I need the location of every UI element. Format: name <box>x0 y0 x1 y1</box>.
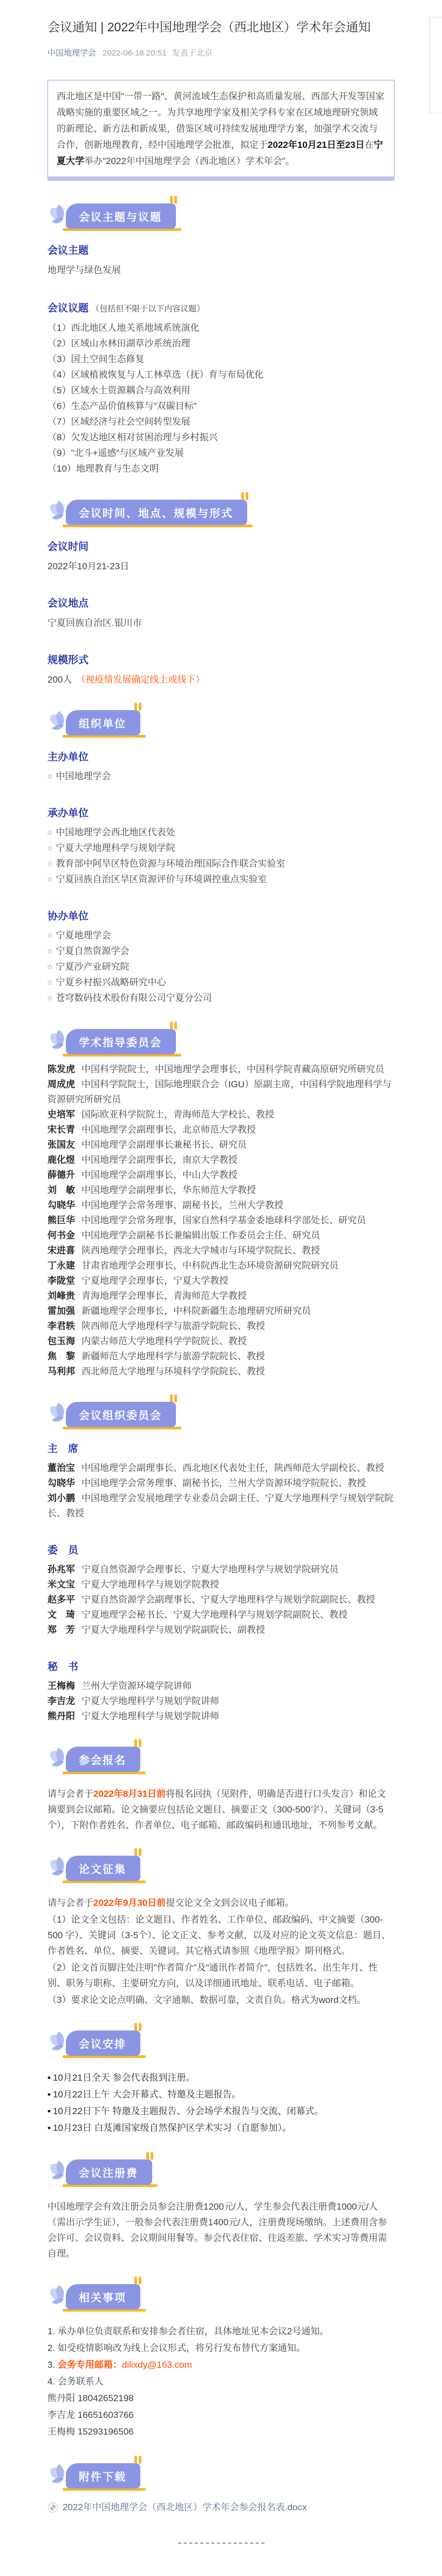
host-item: 中国地理学会 <box>47 769 395 784</box>
section-badge-label: 附件下载 <box>66 2463 140 2489</box>
advisory-member: 宋进喜陕西地理学会理事长，西北大学城市与环境学院院长、教授 <box>47 1243 395 1258</box>
issue-item: （8）欠发达地区相对贫困治理与乡村振兴 <box>47 430 395 445</box>
issues-list: （1）西北地区人地关系地域系统演化 （2）区域山水林田湖草沙系统治理 （3）国土… <box>47 321 395 476</box>
advisory-member: 李陇堂宁夏地理学会理事长，宁夏大学教授 <box>47 1273 395 1289</box>
papers-item: （3）要求论文论点明确、文字通顺、数据可靠，文责自负。格式为word文档。 <box>47 1992 395 2008</box>
schedule-item: 10月23日 白芨滩国家级自然保护区学术实习（自愿参加）。 <box>47 2120 395 2136</box>
co-organizer-list: 宁夏地理学会 宁夏自然资源学会 宁夏沙产业研究院 宁夏乡村振兴战略研究中心 苍穹… <box>47 928 395 1006</box>
section-badge-label: 论文征集 <box>66 1856 140 1881</box>
scale-value: 200人（视疫情发展确定线上或线下） <box>47 672 395 687</box>
email-label: 会务专用邮箱： <box>58 2360 122 2370</box>
publish-time: 2022-06-18 20:51 <box>103 49 166 58</box>
quote-icon <box>168 1021 177 1030</box>
section-badge-label: 参会报名 <box>66 1747 140 1772</box>
article-page: 会议通知 | 2022年中国地理学会（西北地区）学术年会通知 中国地理学会202… <box>0 0 442 2576</box>
organizer-item: 教育部中阿旱区特色资源与环境治理国际合作联合实验室 <box>47 856 395 871</box>
section-badge-fee: 会议注册费 <box>66 2159 152 2185</box>
co-organizer-item: 宁夏地理学会 <box>47 928 395 943</box>
section-badge-papers: 论文征集 <box>66 1856 140 1881</box>
account-name[interactable]: 中国地理学会 <box>47 49 96 58</box>
committee-member: 赵多平宁夏自然资源学会副理事长、宁夏大学地理科学与规划学院副院长、教授 <box>47 1592 395 1607</box>
schedule-item: 10月22日上午 大会开幕式、特邀及主题报告。 <box>47 2087 395 2102</box>
co-organizer-item: 宁夏沙产业研究院 <box>47 959 395 974</box>
issue-item: （2）区域山水林田湖草沙系统治理 <box>47 336 395 351</box>
related-item-4: 4. 会务联系人 <box>47 2374 395 2389</box>
attachment-row[interactable]: 2022年中国地理学会（西北地区）学术年会参会报名表.docx <box>47 2500 395 2514</box>
quote-icon <box>133 1739 141 1747</box>
heading-topic: 会议主题 <box>47 244 395 258</box>
co-organizer-item: 宁夏自然资源学会 <box>47 944 395 959</box>
section-badge-related: 相关事项 <box>66 2284 140 2309</box>
section-badge-logistics: 会议时间、地点、规模与形式 <box>66 500 247 525</box>
committee-member: 文 琦宁夏地理学会秘书长、宁夏大学地理科学与规划学院副院长、教授 <box>47 1607 395 1623</box>
quote-icon <box>240 492 248 500</box>
section-badge-label: 相关事项 <box>66 2284 140 2309</box>
attachment-file-link[interactable]: 2022年中国地理学会（西北地区）学术年会参会报名表.docx <box>63 2500 307 2514</box>
heading-secretary: 秘 书 <box>47 1660 395 1674</box>
co-organizer-item: 宁夏乡村振兴战略研究中心 <box>47 975 395 990</box>
intro-paragraph: 西北地区是中国"一带一路"、黄河流域生态保护和高质量发展、西部大开发等国家战略实… <box>57 88 385 169</box>
section-badge-advisory: 学术指导委员会 <box>66 1029 176 1054</box>
chair-roster: 董治宝中国地理学会副理事长、西北地区代表处主任，陕西师范大学副校长、教授 勾晓华… <box>47 1461 395 1521</box>
footer-divider <box>178 2543 264 2544</box>
section-badge-label: 组织单位 <box>66 710 140 735</box>
section-badge-label: 会议注册费 <box>66 2159 152 2185</box>
secretary-member: 王梅梅兰州大学资源环境学院讲师 <box>47 1679 395 1694</box>
quote-icon <box>145 2152 153 2160</box>
right-edge-panel <box>429 17 442 113</box>
advisory-member: 薛德升中国地理学会副理事长，中山大学教授 <box>47 1168 395 1183</box>
committee-member: 米文宝宁夏大学地理科学与规划学院教授 <box>47 1577 395 1592</box>
quote-icon <box>133 703 141 711</box>
quote-icon <box>168 1394 177 1402</box>
organizer-item: 宁夏回族自治区旱区资源评价与环境调控重点实验室 <box>47 872 395 887</box>
section-badge-label: 学术指导委员会 <box>66 1029 176 1054</box>
attachment-link-icon <box>47 2502 58 2513</box>
heading-member: 委 员 <box>47 1544 395 1558</box>
papers-intro: 请与会者于2022年9月30日前提交论文全文到会议电子邮箱。 <box>47 1895 395 1911</box>
article-title: 会议通知 | 2022年中国地理学会（西北地区）学术年会通知 <box>47 18 395 36</box>
issue-item: （6）生态产品价值核算与"双碳目标" <box>47 399 395 414</box>
contact-row: 王梅梅 15293196506 <box>47 2424 395 2439</box>
organizer-item: 中国地理学会西北地区代表处 <box>47 825 395 840</box>
issue-item: （10）地理教育与生态文明 <box>47 461 395 476</box>
co-organizer-item: 苍穹数码技术股份有限公司宁夏分公司 <box>47 991 395 1006</box>
publish-location: 发表于北京 <box>172 49 212 58</box>
heading-co-organizer: 协办单位 <box>47 910 395 924</box>
schedule-list: 10月21日全天 参会代表报到注册。 10月22日上午 大会开幕式、特邀及主题报… <box>47 2070 395 2136</box>
quote-icon <box>133 2277 141 2285</box>
heading-chair: 主 席 <box>47 1442 395 1456</box>
advisory-member: 包玉海内蒙古师范大学地理科学学院院长、教授 <box>47 1334 395 1349</box>
advisory-member: 何书金中国地理学会副秘书长兼编辑出版工作委员会主任、研究员 <box>47 1228 395 1243</box>
advisory-member: 熊巨华中国地理学会常务理事，国家自然科学基金委地球科学部处长、研究员 <box>47 1213 395 1228</box>
section-badge-organization: 组织单位 <box>66 710 140 735</box>
chair-member: 董治宝中国地理学会副理事长、西北地区代表处主任，陕西师范大学副校长、教授 <box>47 1461 395 1476</box>
issue-item: （3）国土空间生态修复 <box>47 352 395 367</box>
secretary-roster: 王梅梅兰州大学资源环境学院讲师 李吉龙宁夏大学地理科学与规划学院讲师 熊丹阳宁夏… <box>47 1679 395 1724</box>
heading-host: 主办单位 <box>47 751 395 765</box>
papers-item: （1）论文全文包括：论文题目、作者姓名、工作单位、邮政编码、中文摘要（300-5… <box>47 1912 395 1959</box>
topic-value: 地理学与绿色发展 <box>47 262 395 278</box>
heading-organizer: 承办单位 <box>47 807 395 821</box>
section-badge-label: 会议安排 <box>66 2030 140 2056</box>
advisory-member: 周成虎中国科学院院士，国际地理联合会（IGU）原副主席，中国科学院地理科学与资源… <box>47 1077 395 1107</box>
section-badge-attachment: 附件下载 <box>66 2463 140 2489</box>
contact-row: 李吉龙 16651603766 <box>47 2407 395 2423</box>
email-address: dilixdy@163.com <box>122 2360 192 2370</box>
schedule-item: 10月21日全天 参会代表报到注册。 <box>47 2070 395 2086</box>
related-item-3: 3. 会务专用邮箱：dilixdy@163.com <box>47 2357 395 2373</box>
contact-row: 熊丹阳 18042652198 <box>47 2390 395 2406</box>
issue-item: （4）区域植被恢复与人工林草选（抚）育与布局优化 <box>47 367 395 383</box>
chair-member: 勾晓华中国地理学会常务理事、副秘书长，兰州大学资源环境学院院长、教授 <box>47 1476 395 1491</box>
issue-item: （7）区域经济与社会空间转型发展 <box>47 414 395 430</box>
related-item-1: 1. 承办单位负责联系和安排参会者住宿，具体地址见本会议2号通知。 <box>47 2323 395 2339</box>
scale-note: （视疫情发展确定线上或线下） <box>76 674 205 685</box>
issue-item: （5）区域水土资源耦合与高效利用 <box>47 383 395 398</box>
advisory-member: 张国友中国地理学会副理事长兼秘书长、研究员 <box>47 1137 395 1153</box>
papers-item: （2）论文首页脚注处注明"作者简介"及"通讯作者简介"，包括姓名、出生年月、性别… <box>47 1960 395 1991</box>
advisory-member: 李君轶陕西师范大学地理科学与旅游学院院长、教授 <box>47 1319 395 1334</box>
article-meta: 中国地理学会2022-06-18 20:51发表于北京 <box>47 47 395 58</box>
secretary-member: 熊丹阳宁夏大学地理科学与规划学院讲师 <box>47 1709 395 1724</box>
schedule-item: 10月22日下午 特邀及主题报告、分会场学术报告与交流、闭幕式。 <box>47 2103 395 2119</box>
advisory-member: 宋长青中国地理学会副理事长，北京师范大学教授 <box>47 1122 395 1137</box>
secretary-member: 李吉龙宁夏大学地理科学与规划学院讲师 <box>47 1694 395 1709</box>
related-item-2: 2. 如受疫情影响改为线上会议形式，将另行发布替代方案通知。 <box>47 2340 395 2356</box>
quote-icon <box>168 196 177 204</box>
advisory-member: 丁永建甘肃省地理学会理事长，中科院西北生态环境资源研究院研究员 <box>47 1258 395 1273</box>
quote-icon <box>133 2456 141 2464</box>
advisory-member: 雷加强新疆地理学会理事长，中科院新疆生态地理研究所研究员 <box>47 1304 395 1319</box>
advisory-member: 史培军国际欧亚科学院院士，青海师范大学校长、教授 <box>47 1107 395 1122</box>
section-badge-theme: 会议主题与议题 <box>66 203 176 229</box>
heading-place: 会议地点 <box>47 597 395 611</box>
advisory-roster: 陈发虎中国科学院院士，中国地理学会理事长，中国科学院青藏高原研究所研究员 周成虎… <box>47 1062 395 1379</box>
section-badge-committee: 会议组织委员会 <box>66 1402 176 1427</box>
related-list: 1. 承办单位负责联系和安排参会者住宿，具体地址见本会议2号通知。 2. 如受疫… <box>47 2323 395 2439</box>
organizer-list: 中国地理学会西北地区代表处 宁夏大学地理科学与规划学院 教育部中阿旱区特色资源与… <box>47 825 395 887</box>
issue-item: （1）西北地区人地关系地域系统演化 <box>47 321 395 336</box>
time-value: 2022年10月21-23日 <box>47 558 395 574</box>
section-badge-label: 会议主题与议题 <box>66 203 176 229</box>
section-badge-label: 会议时间、地点、规模与形式 <box>66 500 247 525</box>
committee-member: 孙兆军宁夏自然资源学会理事长、宁夏大学地理科学与规划学院研究员 <box>47 1562 395 1577</box>
advisory-member: 陈发虎中国科学院院士，中国地理学会理事长，中国科学院青藏高原研究所研究员 <box>47 1062 395 1077</box>
advisory-member: 焦 黎新疆师范大学地理科学与旅游学院院长、教授 <box>47 1349 395 1364</box>
section-badge-label: 会议组织委员会 <box>66 1402 176 1427</box>
committee-member: 郑 芳宁夏大学地理科学与规划学院副院长、副教授 <box>47 1623 395 1638</box>
issue-item: （9）"北斗+遥感"与区域产业发展 <box>47 446 395 461</box>
chair-member: 刘小鹏中国地理学会发展地理学专业委员会副主任、宁夏大学地理科学与规划学院院长、教… <box>47 1491 395 1521</box>
advisory-member: 马利邦西北师范大学地理与环境科学学院院长、教授 <box>47 1364 395 1379</box>
intro-box: 西北地区是中国"一带一路"、黄河流域生态保护和高质量发展、西部大开发等国家战略实… <box>47 80 395 181</box>
issues-note: （包括但不限于以下内容议题） <box>91 304 205 314</box>
papers-deadline: 2022年9月30日前 <box>93 1898 166 1908</box>
heading-time: 会议时间 <box>47 540 395 554</box>
advisory-member: 鹿化煜中国地理学会副理事长，南京大学教授 <box>47 1153 395 1168</box>
intro-date-bold: 2022年10月21日至23日 <box>268 140 365 150</box>
section-badge-schedule: 会议安排 <box>66 2030 140 2056</box>
advisory-member: 刘 敏中国地理学会副理事长，华东师范大学教授 <box>47 1183 395 1198</box>
fee-paragraph: 中国地理学会有效注册会员参会注册费1200元/人，学生参会代表注册费1000元/… <box>47 2199 395 2261</box>
quote-icon <box>133 1848 141 1856</box>
quote-icon <box>133 2023 141 2031</box>
heading-scale: 规模形式 <box>47 653 395 667</box>
registration-paragraph: 请与会者于2022年8月31日前将报名回执（见附件，明确是否进行口头发言）和论文… <box>47 1786 395 1833</box>
heading-issues: 会议议题 （包括但不限于以下内容议题） <box>47 302 395 316</box>
registration-deadline: 2022年8月31日前 <box>93 1789 166 1799</box>
organizer-item: 宁夏大学地理科学与规划学院 <box>47 841 395 856</box>
place-value: 宁夏回族自治区.银川市 <box>47 615 395 631</box>
advisory-member: 刘峰贵青海地理学会理事长，青海师范大学教授 <box>47 1289 395 1304</box>
advisory-member: 勾晓华中国地理学会常务理事、副秘书长，兰州大学教授 <box>47 1198 395 1213</box>
section-badge-registration: 参会报名 <box>66 1747 140 1772</box>
member-roster: 孙兆军宁夏自然资源学会理事长、宁夏大学地理科学与规划学院研究员 米文宝宁夏大学地… <box>47 1562 395 1638</box>
